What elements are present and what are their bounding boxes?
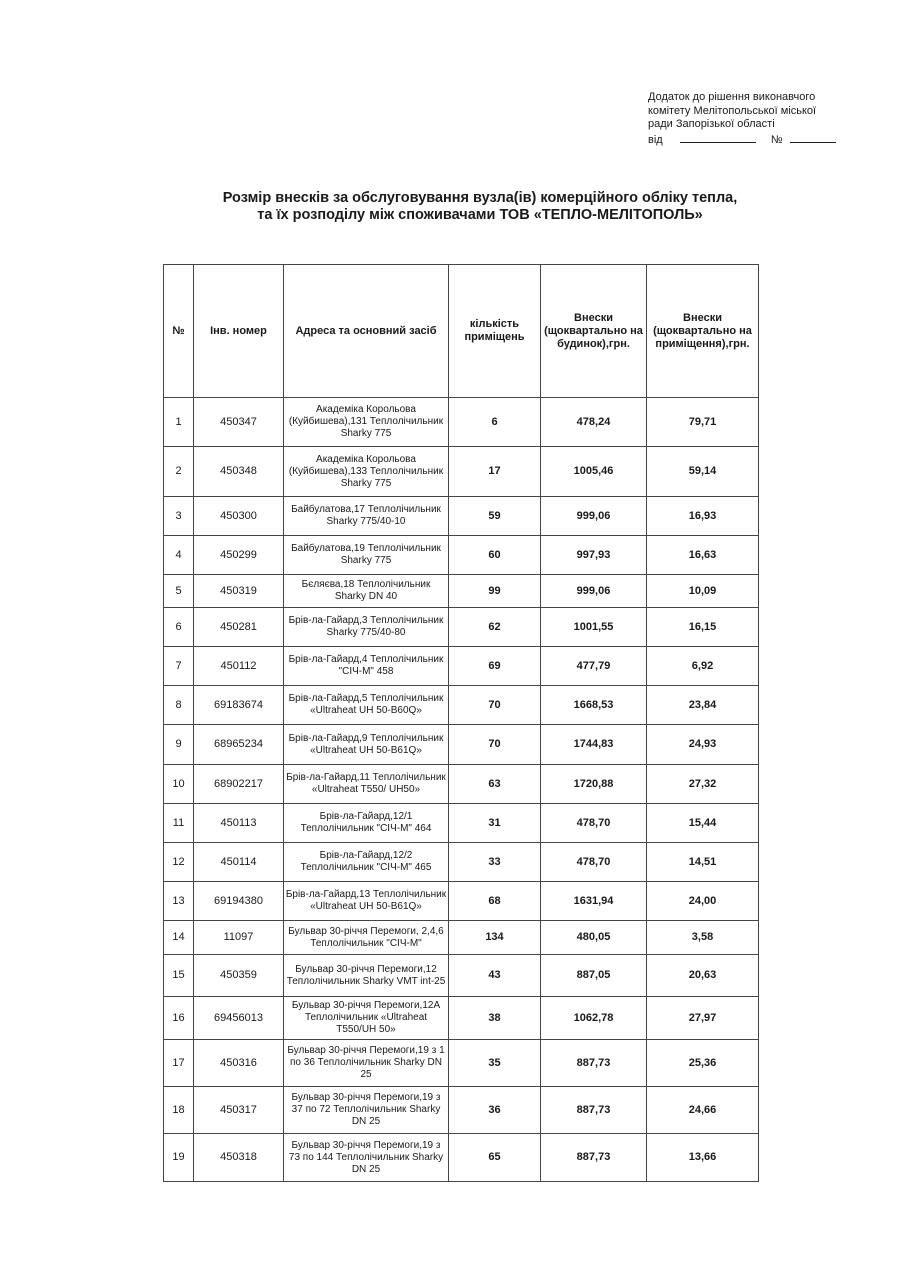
inv-number: 68902217 bbox=[194, 765, 284, 804]
inv-number: 450114 bbox=[194, 843, 284, 882]
table-row: 4450299Байбулатова,19 Теплолічильник Sha… bbox=[164, 536, 759, 575]
rooms-count: 43 bbox=[449, 955, 541, 997]
fee-room: 27,97 bbox=[647, 997, 759, 1040]
row-number: 5 bbox=[164, 575, 194, 608]
inv-number: 69183674 bbox=[194, 686, 284, 725]
row-number: 2 bbox=[164, 447, 194, 497]
row-number: 13 bbox=[164, 882, 194, 921]
row-number: 12 bbox=[164, 843, 194, 882]
inv-number: 450348 bbox=[194, 447, 284, 497]
table-row: 6450281Брів-ла-Гайард,3 Теплолічильник S… bbox=[164, 608, 759, 647]
fee-room: 16,63 bbox=[647, 536, 759, 575]
rooms-count: 31 bbox=[449, 804, 541, 843]
header-inv-number: Інв. номер bbox=[194, 265, 284, 398]
address-cell: Брів-ла-Гайард,3 Теплолічильник Sharky 7… bbox=[284, 608, 449, 647]
fee-building: 478,70 bbox=[541, 843, 647, 882]
number-blank bbox=[790, 132, 836, 143]
row-number: 6 bbox=[164, 608, 194, 647]
fee-building: 997,93 bbox=[541, 536, 647, 575]
address-cell: Бульвар 30-річчя Перемоги, 2,4,6 Теплолі… bbox=[284, 921, 449, 955]
fee-building: 887,73 bbox=[541, 1040, 647, 1087]
address-cell: Брів-ла-Гайард,4 Теплолічильник "СІЧ-М" … bbox=[284, 647, 449, 686]
title-line-1: Розмір внесків за обслуговування вузла(і… bbox=[150, 190, 810, 207]
table-row: 1669456013Бульвар 30-річчя Перемоги,12А … bbox=[164, 997, 759, 1040]
table-row: 18450317Бульвар 30-річчя Перемоги,19 з 3… bbox=[164, 1087, 759, 1134]
fee-building: 1720,88 bbox=[541, 765, 647, 804]
table-header-row: № Інв. номер Адреса та основний засіб кі… bbox=[164, 265, 759, 398]
inv-number: 69456013 bbox=[194, 997, 284, 1040]
fee-room: 23,84 bbox=[647, 686, 759, 725]
fee-building: 887,73 bbox=[541, 1134, 647, 1182]
table-row: 1411097Бульвар 30-річчя Перемоги, 2,4,6 … bbox=[164, 921, 759, 955]
address-cell: Брів-ла-Гайард,5 Теплолічильник «Ultrahe… bbox=[284, 686, 449, 725]
inv-number: 450318 bbox=[194, 1134, 284, 1182]
rooms-count: 65 bbox=[449, 1134, 541, 1182]
header-no: № bbox=[164, 265, 194, 398]
header-rooms: кількість приміщень bbox=[449, 265, 541, 398]
fee-building: 477,79 bbox=[541, 647, 647, 686]
table-row: 1369194380Брів-ла-Гайард,13 Теплолічильн… bbox=[164, 882, 759, 921]
row-number: 4 bbox=[164, 536, 194, 575]
fee-room: 3,58 bbox=[647, 921, 759, 955]
table-row: 17450316Бульвар 30-річчя Перемоги,19 з 1… bbox=[164, 1040, 759, 1087]
fee-room: 16,93 bbox=[647, 497, 759, 536]
fee-room: 79,71 bbox=[647, 398, 759, 447]
fee-room: 24,93 bbox=[647, 725, 759, 765]
rooms-count: 6 bbox=[449, 398, 541, 447]
fee-building: 1744,83 bbox=[541, 725, 647, 765]
table-row: 3450300Байбулатова,17 Теплолічильник Sha… bbox=[164, 497, 759, 536]
row-number: 19 bbox=[164, 1134, 194, 1182]
address-cell: Бульвар 30-річчя Перемоги,12 Теплолічиль… bbox=[284, 955, 449, 997]
address-cell: Бульвар 30-річчя Перемоги,12А Теплолічил… bbox=[284, 997, 449, 1040]
appendix-line-3: ради Запорізької області bbox=[648, 118, 836, 132]
fee-building: 1631,94 bbox=[541, 882, 647, 921]
table-row: 15450359Бульвар 30-річчя Перемоги,12 Теп… bbox=[164, 955, 759, 997]
inv-number: 450112 bbox=[194, 647, 284, 686]
fee-room: 24,00 bbox=[647, 882, 759, 921]
fee-room: 10,09 bbox=[647, 575, 759, 608]
fee-building: 1001,55 bbox=[541, 608, 647, 647]
inv-number: 450316 bbox=[194, 1040, 284, 1087]
address-cell: Брів-ла-Гайард,13 Теплолічильник «Ultrah… bbox=[284, 882, 449, 921]
from-label: від bbox=[648, 134, 663, 146]
fee-building: 999,06 bbox=[541, 575, 647, 608]
address-cell: Бєляєва,18 Теплолічильник Sharky DN 40 bbox=[284, 575, 449, 608]
address-cell: Байбулатова,19 Теплолічильник Sharky 775 bbox=[284, 536, 449, 575]
rooms-count: 17 bbox=[449, 447, 541, 497]
fee-room: 59,14 bbox=[647, 447, 759, 497]
fee-room: 13,66 bbox=[647, 1134, 759, 1182]
fee-room: 25,36 bbox=[647, 1040, 759, 1087]
table-row: 1068902217Брів-ла-Гайард,11 Теплолічильн… bbox=[164, 765, 759, 804]
row-number: 9 bbox=[164, 725, 194, 765]
rooms-count: 70 bbox=[449, 686, 541, 725]
header-fee-building: Внески (щоквартально на будинок),грн. bbox=[541, 265, 647, 398]
address-cell: Академіка Корольова (Куйбишева),133 Тепл… bbox=[284, 447, 449, 497]
appendix-date-number-line: від № bbox=[648, 132, 836, 148]
rooms-count: 99 bbox=[449, 575, 541, 608]
inv-number: 450113 bbox=[194, 804, 284, 843]
title-line-2: та їх розподілу між споживачами ТОВ «ТЕП… bbox=[150, 207, 810, 224]
rooms-count: 68 bbox=[449, 882, 541, 921]
row-number: 11 bbox=[164, 804, 194, 843]
row-number: 3 bbox=[164, 497, 194, 536]
date-blank bbox=[680, 132, 756, 143]
row-number: 15 bbox=[164, 955, 194, 997]
rooms-count: 62 bbox=[449, 608, 541, 647]
rooms-count: 63 bbox=[449, 765, 541, 804]
inv-number: 450319 bbox=[194, 575, 284, 608]
rooms-count: 69 bbox=[449, 647, 541, 686]
row-number: 8 bbox=[164, 686, 194, 725]
fees-table: № Інв. номер Адреса та основний засіб кі… bbox=[163, 264, 759, 1182]
fee-building: 1062,78 bbox=[541, 997, 647, 1040]
fee-building: 999,06 bbox=[541, 497, 647, 536]
row-number: 10 bbox=[164, 765, 194, 804]
address-cell: Байбулатова,17 Теплолічильник Sharky 775… bbox=[284, 497, 449, 536]
address-cell: Брів-ла-Гайард,12/1 Теплолічильник "СІЧ-… bbox=[284, 804, 449, 843]
table-row: 968965234Брів-ла-Гайард,9 Теплолічильник… bbox=[164, 725, 759, 765]
table-row: 7450112Брів-ла-Гайард,4 Теплолічильник "… bbox=[164, 647, 759, 686]
rooms-count: 38 bbox=[449, 997, 541, 1040]
table-row: 1450347Академіка Корольова (Куйбишева),1… bbox=[164, 398, 759, 447]
row-number: 16 bbox=[164, 997, 194, 1040]
rooms-count: 59 bbox=[449, 497, 541, 536]
inv-number: 450317 bbox=[194, 1087, 284, 1134]
table-row: 5450319Бєляєва,18 Теплолічильник Sharky … bbox=[164, 575, 759, 608]
fee-building: 478,70 bbox=[541, 804, 647, 843]
table-row: 19450318Бульвар 30-річчя Перемоги,19 з 7… bbox=[164, 1134, 759, 1182]
inv-number: 450347 bbox=[194, 398, 284, 447]
fee-room: 27,32 bbox=[647, 765, 759, 804]
address-cell: Брів-ла-Гайард,11 Теплолічильник «Ultrah… bbox=[284, 765, 449, 804]
fee-building: 480,05 bbox=[541, 921, 647, 955]
fee-room: 24,66 bbox=[647, 1087, 759, 1134]
rooms-count: 134 bbox=[449, 921, 541, 955]
fee-room: 6,92 bbox=[647, 647, 759, 686]
table-row: 12450114Брів-ла-Гайард,12/2 Теплолічильн… bbox=[164, 843, 759, 882]
fee-room: 16,15 bbox=[647, 608, 759, 647]
header-address: Адреса та основний засіб bbox=[284, 265, 449, 398]
row-number: 18 bbox=[164, 1087, 194, 1134]
fee-building: 1005,46 bbox=[541, 447, 647, 497]
inv-number: 11097 bbox=[194, 921, 284, 955]
address-cell: Брів-ла-Гайард,9 Теплолічильник «Ultrahe… bbox=[284, 725, 449, 765]
fee-building: 478,24 bbox=[541, 398, 647, 447]
address-cell: Бульвар 30-річчя Перемоги,19 з 73 по 144… bbox=[284, 1134, 449, 1182]
inv-number: 69194380 bbox=[194, 882, 284, 921]
number-label: № bbox=[771, 134, 783, 146]
table-row: 11450113Брів-ла-Гайард,12/1 Теплолічильн… bbox=[164, 804, 759, 843]
row-number: 7 bbox=[164, 647, 194, 686]
appendix-line-1: Додаток до рішення виконавчого bbox=[648, 91, 836, 105]
address-cell: Академіка Корольова (Куйбишева),131 Тепл… bbox=[284, 398, 449, 447]
appendix-line-2: комітету Мелітопольської міської bbox=[648, 105, 836, 119]
document-title: Розмір внесків за обслуговування вузла(і… bbox=[150, 190, 810, 224]
header-fee-room: Внески (щоквартально на приміщення),грн. bbox=[647, 265, 759, 398]
fee-building: 887,05 bbox=[541, 955, 647, 997]
inv-number: 450359 bbox=[194, 955, 284, 997]
fee-room: 20,63 bbox=[647, 955, 759, 997]
fee-building: 1668,53 bbox=[541, 686, 647, 725]
row-number: 1 bbox=[164, 398, 194, 447]
inv-number: 450299 bbox=[194, 536, 284, 575]
rooms-count: 36 bbox=[449, 1087, 541, 1134]
fee-room: 15,44 bbox=[647, 804, 759, 843]
rooms-count: 35 bbox=[449, 1040, 541, 1087]
rooms-count: 70 bbox=[449, 725, 541, 765]
table-row: 2450348Академіка Корольова (Куйбишева),1… bbox=[164, 447, 759, 497]
fee-room: 14,51 bbox=[647, 843, 759, 882]
inv-number: 450300 bbox=[194, 497, 284, 536]
row-number: 17 bbox=[164, 1040, 194, 1087]
appendix-note: Додаток до рішення виконавчого комітету … bbox=[648, 91, 836, 147]
address-cell: Бульвар 30-річчя Перемоги,19 з 1 по 36 Т… bbox=[284, 1040, 449, 1087]
table-row: 869183674Брів-ла-Гайард,5 Теплолічильник… bbox=[164, 686, 759, 725]
inv-number: 68965234 bbox=[194, 725, 284, 765]
inv-number: 450281 bbox=[194, 608, 284, 647]
address-cell: Брів-ла-Гайард,12/2 Теплолічильник "СІЧ-… bbox=[284, 843, 449, 882]
address-cell: Бульвар 30-річчя Перемоги,19 з 37 по 72 … bbox=[284, 1087, 449, 1134]
row-number: 14 bbox=[164, 921, 194, 955]
rooms-count: 33 bbox=[449, 843, 541, 882]
fee-building: 887,73 bbox=[541, 1087, 647, 1134]
rooms-count: 60 bbox=[449, 536, 541, 575]
